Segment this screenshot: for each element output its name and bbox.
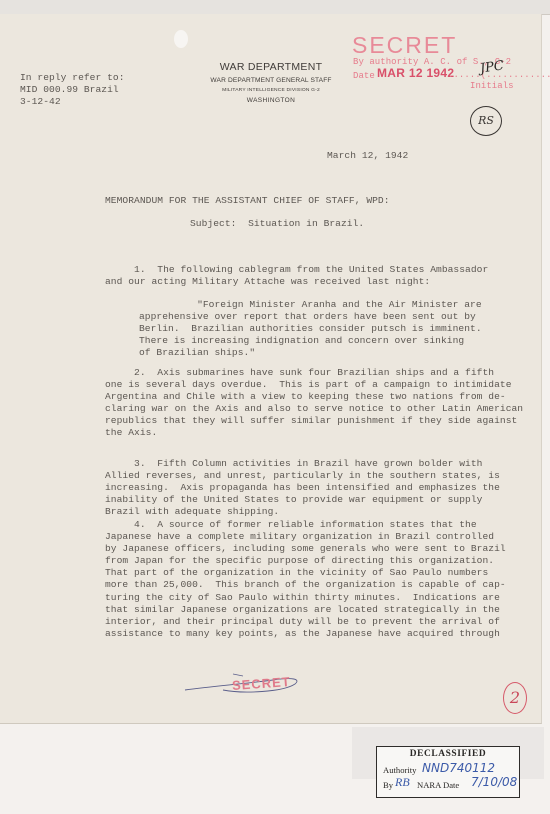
paragraph-3: 3. Fifth Column activities in Brazil hav… (105, 458, 500, 518)
handwritten-circle-mark: RS (470, 106, 502, 136)
by-label: By (383, 780, 393, 790)
scan-top-edge (0, 0, 550, 15)
punch-hole (174, 30, 188, 48)
reply-reference: In reply refer to: MID 000.99 Brazil 3-1… (20, 72, 125, 108)
letterhead-general-staff: WAR DEPARTMENT GENERAL STAFF (182, 77, 360, 84)
reference-line-1: In reply refer to: (20, 72, 125, 83)
nara-date-label: NARA Date (417, 780, 459, 790)
memo-subject: Subject: Situation in Brazil. (190, 218, 364, 230)
declassification-stamp: DECLASSIFIED Authority NND740112 By RB N… (376, 746, 520, 798)
page-number: 2 (503, 682, 527, 714)
memo-date: March 12, 1942 (327, 150, 408, 162)
reference-line-3: 3-12-42 (20, 96, 61, 107)
paragraph-1: 1. The following cablegram from the Unit… (105, 264, 488, 288)
declassified-title: DECLASSIFIED (377, 749, 519, 759)
paragraph-2: 2. Axis submarines have sunk four Brazil… (105, 367, 523, 440)
by-signature: RB (395, 775, 410, 790)
declassification-date: 7/10/08 (471, 775, 517, 789)
authority-label: Authority (383, 765, 416, 775)
stamp-initials-label: Initials (470, 80, 514, 92)
letterhead-division: MILITARY INTELLIGENCE DIVISION G-2 (182, 88, 360, 93)
reference-line-2: MID 000.99 Brazil (20, 84, 119, 95)
stamp-date-label: Date (353, 70, 375, 82)
stamp-date-value: MAR 12 1942 (377, 66, 454, 80)
authority-value: NND740112 (422, 761, 495, 775)
paragraph-4: 4. A source of former reliable informati… (105, 519, 506, 640)
cablegram-quote: "Foreign Minister Aranha and the Air Min… (139, 299, 482, 359)
memo-heading: MEMORANDUM FOR THE ASSISTANT CHIEF OF ST… (105, 195, 390, 207)
letterhead-city: WASHINGTON (182, 97, 360, 104)
secret-stamp: SECRET (352, 32, 457, 59)
letterhead-title: WAR DEPARTMENT (182, 61, 360, 73)
